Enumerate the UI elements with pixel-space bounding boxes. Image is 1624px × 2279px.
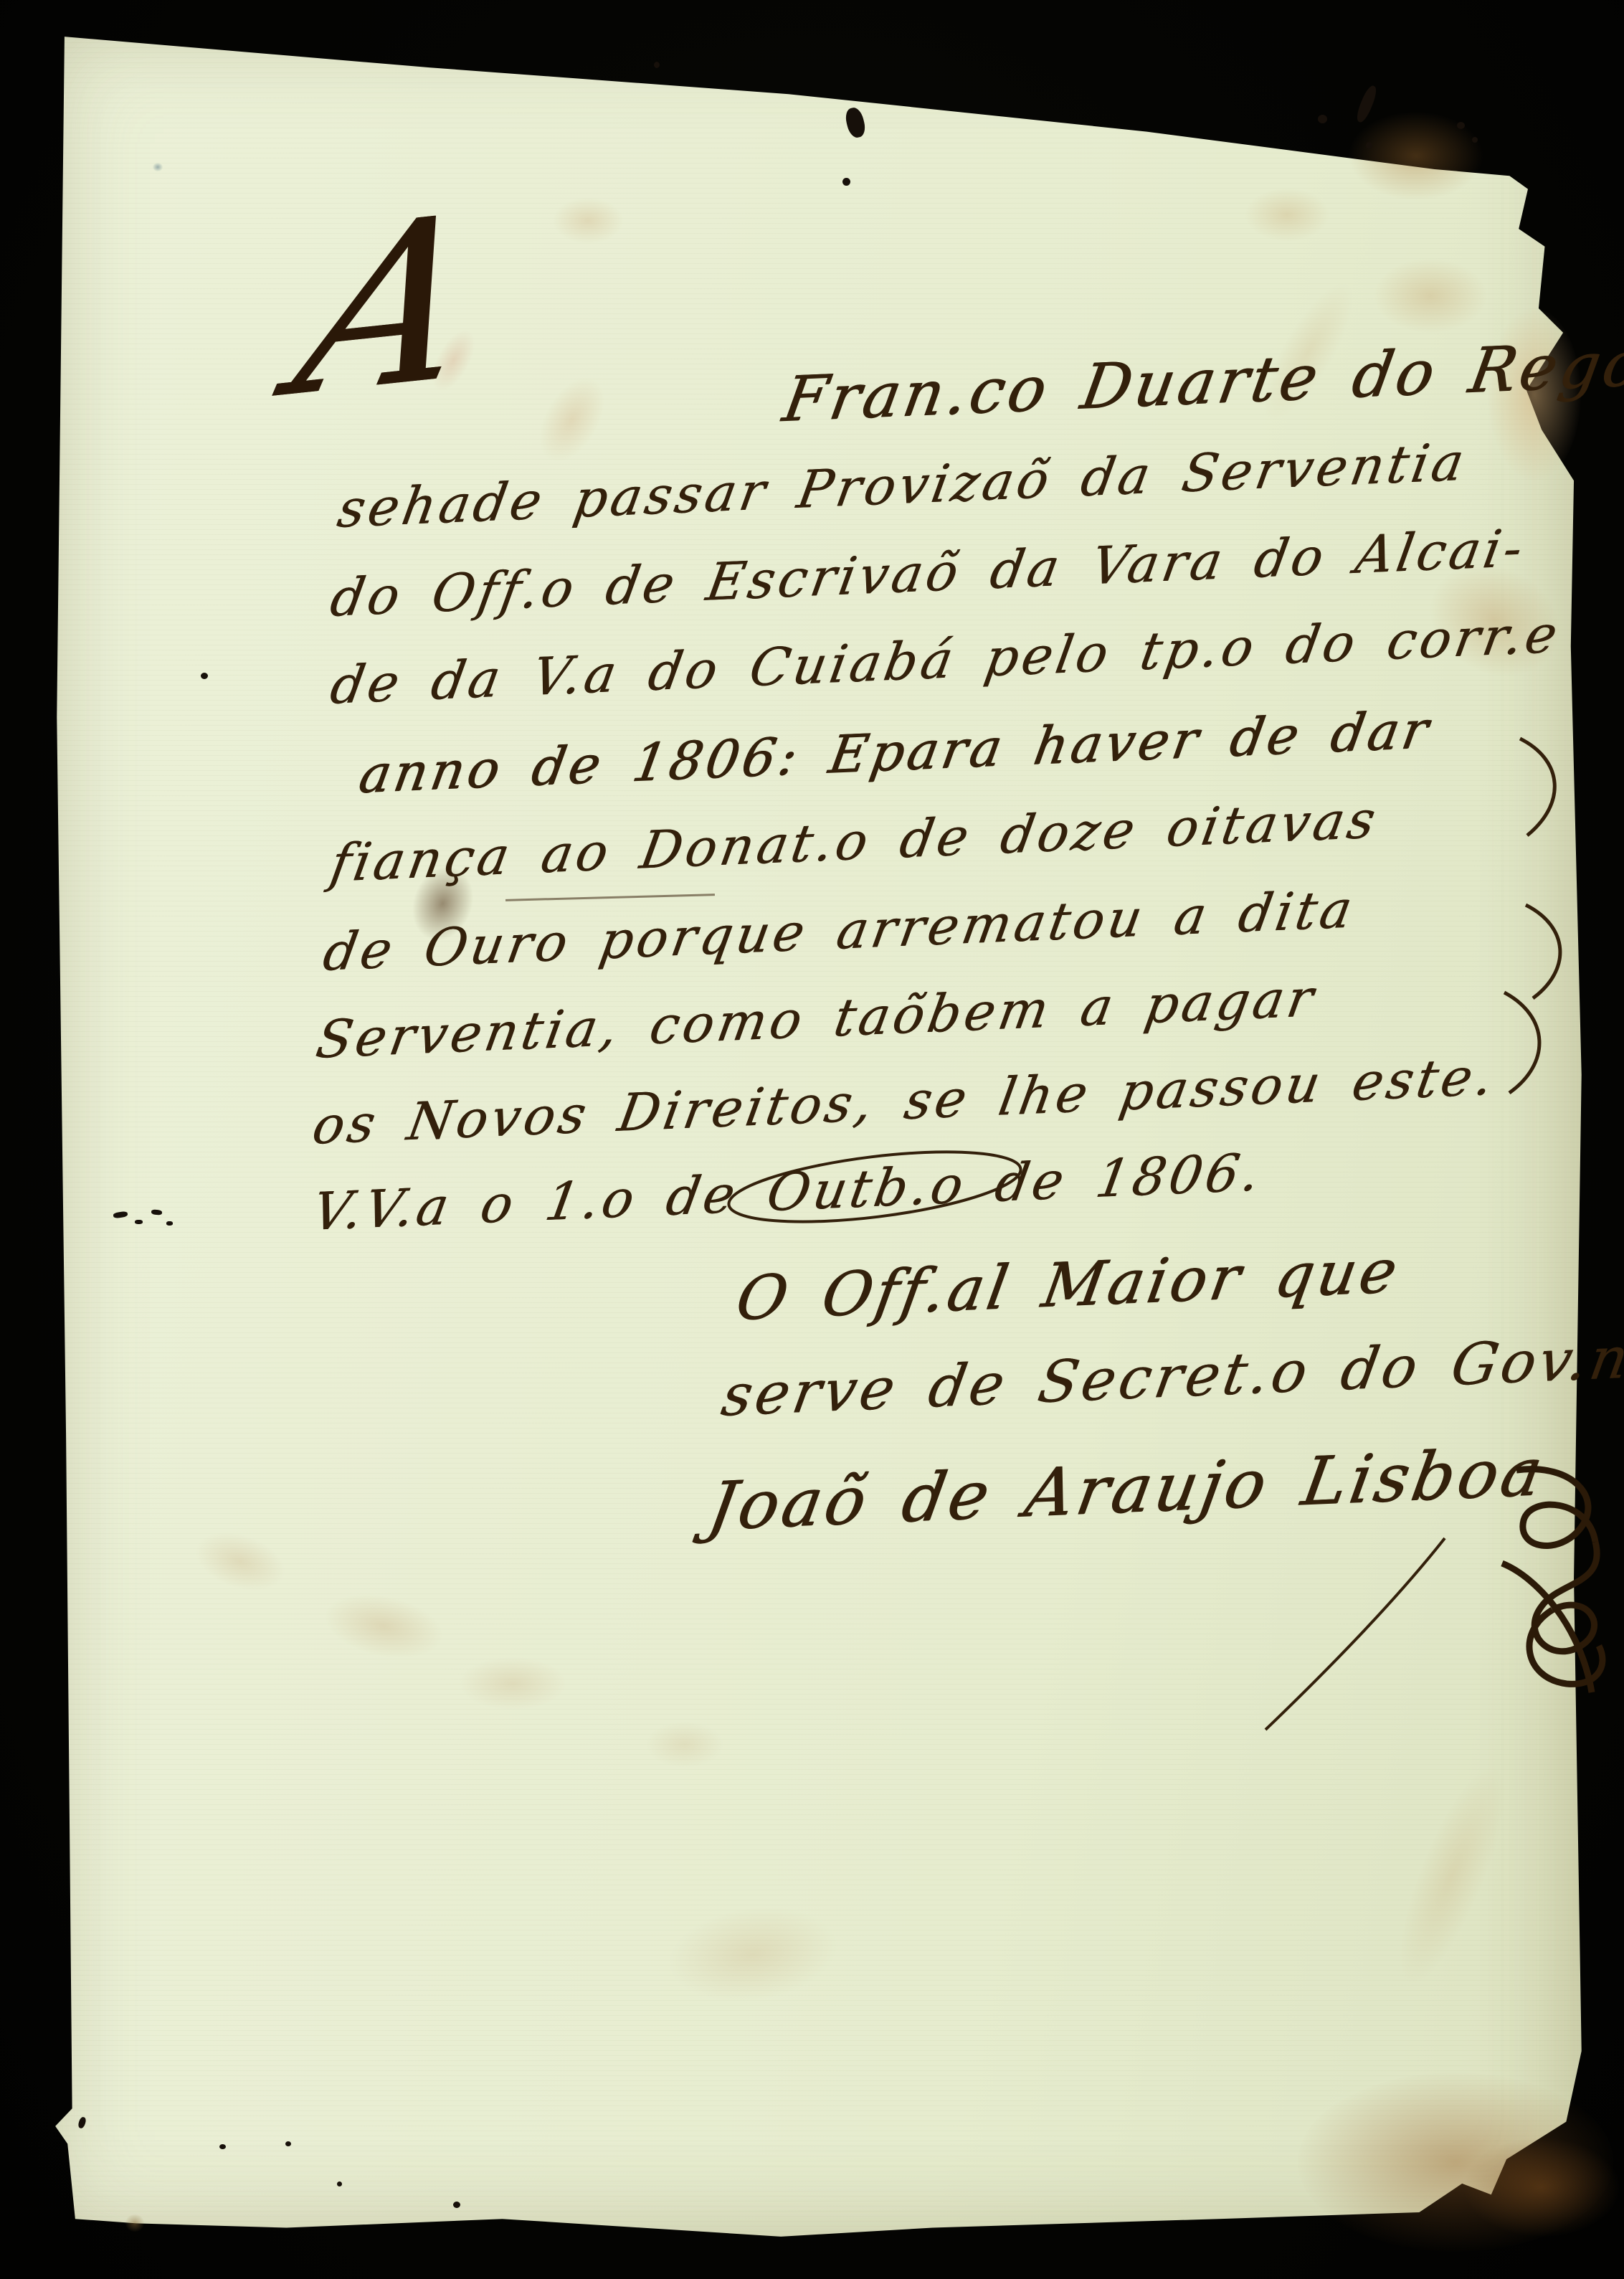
ink-dash xyxy=(135,1220,143,1224)
ink-spot xyxy=(1366,142,1372,149)
ink-spot xyxy=(1318,115,1327,123)
ink-spot xyxy=(842,178,850,186)
ink-spot xyxy=(1472,137,1478,143)
signature-rubric xyxy=(1473,1456,1624,1700)
ink-spot xyxy=(453,2202,460,2208)
ink-dash xyxy=(166,1221,173,1226)
ink-spot xyxy=(201,673,208,679)
ink-spot xyxy=(1354,84,1379,124)
ink-spot xyxy=(654,62,660,68)
ink-spot xyxy=(219,2144,226,2149)
pen-curl xyxy=(1499,984,1556,1099)
pen-flourish-oval xyxy=(717,1144,1032,1230)
photograph-of-manuscript: A Fran.co Duarte do Rego sehade passar P… xyxy=(0,0,1624,2279)
ink-spot xyxy=(285,2141,291,2146)
ink-spot xyxy=(1457,122,1465,129)
pen-curl xyxy=(1513,731,1570,839)
ink-spot xyxy=(337,2181,342,2186)
signature-descender xyxy=(1262,1535,1448,1735)
